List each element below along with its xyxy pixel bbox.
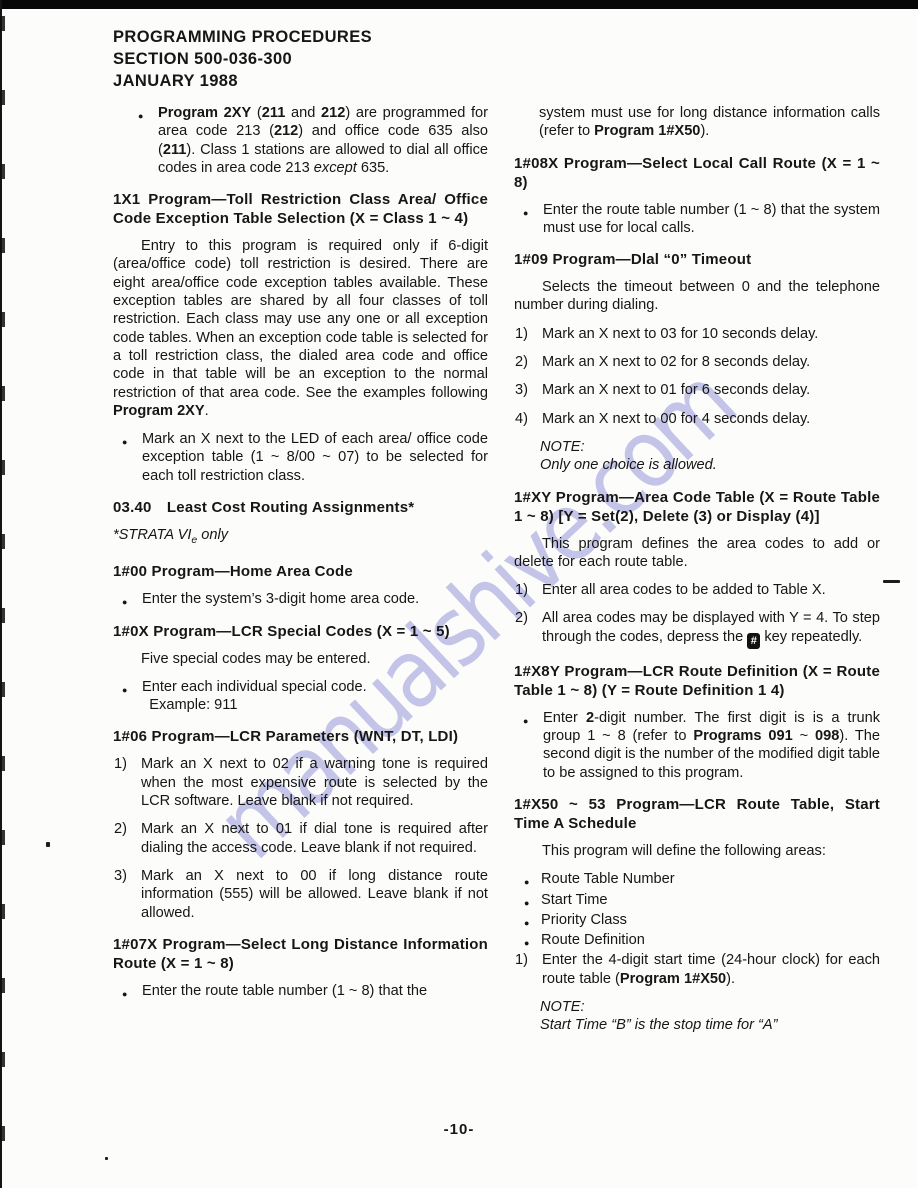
bullet-item-text: Enter each individual special code. Exam… <box>142 679 367 713</box>
bullet-marker: ● <box>138 107 143 125</box>
pound-key-icon: # <box>747 633 760 649</box>
sub-bullet-item: ●Route Definition <box>514 931 880 949</box>
bullet-item-text: Mark an X next to the LED of each area/ … <box>142 431 488 484</box>
paragraph-text: *STRATA VIe only <box>113 527 228 543</box>
list-number: 3) <box>515 381 528 399</box>
sub-bullet-item-text: Priority Class <box>541 912 627 928</box>
page-number: -10- <box>0 1121 918 1138</box>
two-column-body: ●Program 2XY (211 and 212) are programme… <box>113 104 881 1047</box>
section-heading: 1#XY Program—Area Code Table (X = Route … <box>514 488 880 526</box>
numbered-item: 3)Mark an X next to 01 for 6 seconds del… <box>514 381 880 399</box>
paragraph: This program will define the following a… <box>514 842 880 860</box>
bullet-marker: ● <box>122 985 127 1003</box>
bullet-marker: ● <box>122 681 127 699</box>
bullet-item-text: Enter the system’s 3-digit home area cod… <box>142 591 419 607</box>
section-heading-text: 1X1 Program—Toll Restriction Class Area/… <box>113 191 488 227</box>
section-heading-text: 1#08X Program—Select Local Call Route (X… <box>514 155 880 191</box>
bullet-item-text: Program 2XY (211 and 212) are programmed… <box>158 105 488 176</box>
section-heading: 1#0X Program—LCR Special Codes (X = 1 ~ … <box>113 622 488 641</box>
note-text: Start Time “B” is the stop time for “A” <box>540 1017 777 1033</box>
bullet-marker: ● <box>122 433 127 451</box>
paragraph-continuation-text: system must use for long distance inform… <box>539 105 880 139</box>
margin-dash-artifact <box>883 580 900 583</box>
bullet-marker: ● <box>523 712 528 730</box>
scan-speck <box>46 842 50 847</box>
numbered-item-text: Mark an X next to 00 if long distance ro… <box>141 868 488 921</box>
numbered-item: 1)Enter the 4-digit start time (24-hour … <box>514 951 880 988</box>
section-heading: 1#00 Program—Home Area Code <box>113 562 488 581</box>
bullet-item-text: Enter 2-digit number. The first digit is… <box>543 710 880 781</box>
section-heading-text: 1#09 Program—Dlal “0” Timeout <box>514 251 751 268</box>
note: NOTE:Start Time “B” is the stop time for… <box>514 998 880 1035</box>
bullet-marker: ● <box>524 873 529 891</box>
numbered-item-text: Mark an X next to 03 for 10 seconds dela… <box>542 326 818 342</box>
bullet-item: ●Enter the route table number (1 ~ 8) th… <box>514 201 880 238</box>
paragraph: This program defines the area codes to a… <box>514 535 880 572</box>
bullet-item: ●Enter each individual special code. Exa… <box>113 678 488 715</box>
page-header: PROGRAMMING PROCEDURES SECTION 500-036-3… <box>113 26 372 92</box>
paragraph-text: Selects the timeout between 0 and the te… <box>514 279 880 313</box>
sub-bullet-item: ●Priority Class <box>514 911 880 929</box>
scanned-manual-page: manualshive.com PROGRAMMING PROCEDURES S… <box>0 0 918 1188</box>
numbered-item: 1)Mark an X next to 02 if a warning tone… <box>113 755 488 810</box>
numbered-item-text: Mark an X next to 01 if dial tone is req… <box>141 821 488 855</box>
numbered-item-text: Enter the 4-digit start time (24-hour cl… <box>542 952 880 986</box>
numbered-item: 2)Mark an X next to 01 if dial tone is r… <box>113 820 488 857</box>
numbered-item-text: Mark an X next to 01 for 6 seconds delay… <box>542 382 810 398</box>
numbered-item: 1)Mark an X next to 03 for 10 seconds de… <box>514 325 880 343</box>
list-number: 3) <box>114 867 127 885</box>
header-title: PROGRAMMING PROCEDURES <box>113 26 372 48</box>
numbered-item-text: Mark an X next to 00 for 4 seconds delay… <box>542 411 810 427</box>
header-section-number: SECTION 500-036-300 <box>113 48 372 70</box>
section-heading-text: 1#X50 ~ 53 Program—LCR Route Table, Star… <box>514 796 880 832</box>
scan-edge-top-bar <box>0 0 918 9</box>
section-heading: 1#09 Program—Dlal “0” Timeout <box>514 250 880 269</box>
section-heading: 1#X50 ~ 53 Program—LCR Route Table, Star… <box>514 795 880 833</box>
sub-bullet-item: ●Start Time <box>514 891 880 909</box>
bullet-marker: ● <box>524 914 529 932</box>
paragraph-text: This program will define the following a… <box>542 843 826 859</box>
sub-bullet-item-text: Route Definition <box>541 932 645 948</box>
bullet-item-text: Enter the route table number (1 ~ 8) tha… <box>142 983 427 999</box>
paragraph-text: Five special codes may be entered. <box>141 651 371 667</box>
numbered-item-text: Mark an X next to 02 for 8 seconds delay… <box>542 354 810 370</box>
left-column: ●Program 2XY (211 and 212) are programme… <box>113 104 488 1047</box>
note-text: Only one choice is allowed. <box>540 457 717 473</box>
list-number: 1) <box>515 581 528 599</box>
note-label: NOTE: <box>540 438 880 456</box>
bullet-marker: ● <box>524 934 529 952</box>
numbered-item-text: All area codes may be displayed with Y =… <box>542 610 880 644</box>
list-number: 1) <box>515 951 528 969</box>
sub-bullet-item-text: Start Time <box>541 892 608 908</box>
sub-bullet-item-text: Route Table Number <box>541 871 675 887</box>
section-heading-text: 03.40 Least Cost Routing Assignments* <box>113 499 414 516</box>
section-heading: 1X1 Program—Toll Restriction Class Area/… <box>113 190 488 228</box>
scan-edge-left-ticks <box>0 16 5 1182</box>
numbered-item: 2)All area codes may be displayed with Y… <box>514 609 880 648</box>
section-heading: 1#X8Y Program—LCR Route Definition (X = … <box>514 662 880 700</box>
numbered-item: 1)Enter all area codes to be added to Ta… <box>514 581 880 599</box>
bullet-item: ●Mark an X next to the LED of each area/… <box>113 430 488 485</box>
section-heading: 1#07X Program—Select Long Distance Infor… <box>113 935 488 973</box>
sub-bullet-item: ●Route Table Number <box>514 870 880 888</box>
list-number: 2) <box>515 353 528 371</box>
bullet-item: ●Enter the system’s 3-digit home area co… <box>113 590 488 608</box>
paragraph-continuation: system must use for long distance inform… <box>514 104 880 141</box>
right-column: system must use for long distance inform… <box>514 104 880 1047</box>
note: NOTE:Only one choice is allowed. <box>514 438 880 475</box>
list-number: 4) <box>515 410 528 428</box>
section-heading: 1#08X Program—Select Local Call Route (X… <box>514 154 880 192</box>
bullet-item-text: Enter the route table number (1 ~ 8) tha… <box>543 202 880 236</box>
section-heading: 03.40 Least Cost Routing Assignments* <box>113 498 488 517</box>
numbered-item: 4)Mark an X next to 00 for 4 seconds del… <box>514 410 880 428</box>
paragraph: Entry to this program is required only i… <box>113 237 488 420</box>
section-heading-text: 1#XY Program—Area Code Table (X = Route … <box>514 489 880 525</box>
numbered-item: 2)Mark an X next to 02 for 8 seconds del… <box>514 353 880 371</box>
header-date: JANUARY 1988 <box>113 70 372 92</box>
paragraph: Five special codes may be entered. <box>113 650 488 668</box>
bullet-marker: ● <box>523 204 528 222</box>
paragraph: Selects the timeout between 0 and the te… <box>514 278 880 315</box>
numbered-item: 3)Mark an X next to 00 if long distance … <box>113 867 488 922</box>
paragraph: *STRATA VIe only <box>113 526 488 549</box>
list-number: 1) <box>515 325 528 343</box>
bullet-marker: ● <box>524 894 529 912</box>
section-heading-text: 1#00 Program—Home Area Code <box>113 563 353 580</box>
bullet-item: ●Program 2XY (211 and 212) are programme… <box>113 104 488 177</box>
section-heading-text: 1#06 Program—LCR Parameters (WNT, DT, LD… <box>113 728 458 745</box>
numbered-item-text: Mark an X next to 02 if a warning tone i… <box>141 756 488 809</box>
bullet-item: ●Enter 2-digit number. The first digit i… <box>514 709 880 782</box>
note-label: NOTE: <box>540 998 880 1016</box>
paragraph-text: Entry to this program is required only i… <box>113 238 488 419</box>
paragraph-text: This program defines the area codes to a… <box>514 536 880 570</box>
list-number: 2) <box>515 609 528 627</box>
section-heading-text: 1#07X Program—Select Long Distance Infor… <box>113 936 488 972</box>
section-heading-text: 1#X8Y Program—LCR Route Definition (X = … <box>514 663 880 699</box>
section-heading-text: 1#0X Program—LCR Special Codes (X = 1 ~ … <box>113 623 450 640</box>
bullet-marker: ● <box>122 593 127 611</box>
scan-speck <box>105 1157 108 1160</box>
list-number: 2) <box>114 820 127 838</box>
list-number: 1) <box>114 755 127 773</box>
numbered-item-text: Enter all area codes to be added to Tabl… <box>542 582 826 598</box>
section-heading: 1#06 Program—LCR Parameters (WNT, DT, LD… <box>113 727 488 746</box>
bullet-item: ●Enter the route table number (1 ~ 8) th… <box>113 982 488 1000</box>
